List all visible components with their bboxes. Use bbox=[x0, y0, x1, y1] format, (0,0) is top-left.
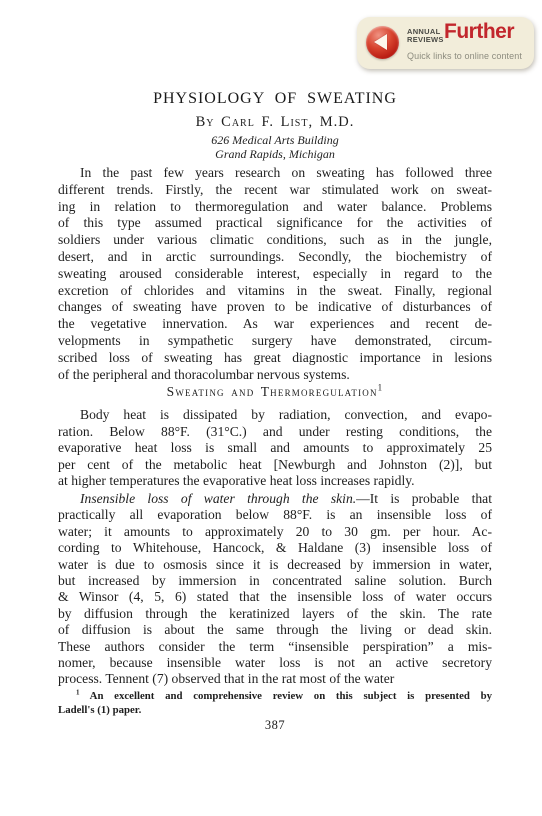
author-byline: By Carl F. List, M.D. bbox=[58, 114, 492, 131]
text-line: desert, and in arctic surroundings. Seco… bbox=[58, 249, 492, 266]
text-segment: —It is probable that bbox=[356, 491, 492, 506]
left-triangle-icon bbox=[374, 34, 387, 50]
insensible-loss-paragraph: Insensible loss of water through the ski… bbox=[58, 491, 492, 688]
text-line: ing in relation to thermoregulation and … bbox=[58, 199, 492, 216]
text-line: by diffusion through the keratinized lay… bbox=[58, 606, 492, 622]
text-line: These authors consider the term “insensi… bbox=[58, 639, 492, 655]
text-segment: An excellent and comprehensive review on… bbox=[80, 690, 492, 702]
text-line: Ladell's (1) paper. bbox=[58, 703, 492, 717]
section-heading-text: Sweating and Thermoregulation bbox=[167, 384, 378, 399]
text-line: Insensible loss of water through the ski… bbox=[58, 491, 492, 507]
text-line: cording to Whitehouse, Hancock, & Haldan… bbox=[58, 540, 492, 556]
text-line: process. Tennent (7) observed that in th… bbox=[58, 671, 492, 687]
text-line: velopments in sympathetic surgery have d… bbox=[58, 333, 492, 350]
text-line: Body heat is dissipated by radiation, co… bbox=[58, 407, 492, 424]
text-line: soldiers under various climatic conditio… bbox=[58, 232, 492, 249]
text-line: 1 An excellent and comprehensive review … bbox=[58, 689, 492, 703]
author-affiliation: 626 Medical Arts Building Grand Rapids, … bbox=[58, 134, 492, 161]
footnote-marker: 1 bbox=[378, 383, 384, 393]
text-line: different trends. Firstly, the recent wa… bbox=[58, 182, 492, 199]
italic-lead-in: Insensible loss of water through the ski… bbox=[80, 491, 356, 506]
scanned-paper-page: ANNUAL REVIEWS Further Quick links to on… bbox=[0, 0, 542, 816]
section-heading: Sweating and Thermoregulation1 bbox=[58, 384, 492, 400]
page-number: 387 bbox=[58, 718, 492, 733]
text-line: of this type assumed practical significa… bbox=[58, 215, 492, 232]
text-line: & Winsor (4, 5, 6) stated that the insen… bbox=[58, 589, 492, 605]
text-line: at higher temperatures the evaporative h… bbox=[58, 473, 492, 490]
body-heat-paragraph: Body heat is dissipated by radiation, co… bbox=[58, 407, 492, 490]
text-line: excretion of chlorides and vitamins in t… bbox=[58, 283, 492, 300]
affiliation-line-1: 626 Medical Arts Building bbox=[58, 134, 492, 148]
text-line: per cent of the metabolic heat [Newburgh… bbox=[58, 457, 492, 474]
text-line: ration. Below 88°F. (31°C.) and under re… bbox=[58, 424, 492, 441]
text-line: scribed loss of sweating has great diagn… bbox=[58, 350, 492, 367]
text-line: the vegetative innervation. As war exper… bbox=[58, 316, 492, 333]
annual-reviews-brand: ANNUAL REVIEWS bbox=[407, 28, 444, 44]
intro-paragraph: In the past few years research on sweati… bbox=[58, 165, 492, 383]
further-logo-text: Further bbox=[444, 20, 514, 44]
text-line: water; it amounts to approximately 20 to… bbox=[58, 524, 492, 540]
text-line: nomer, because insensible water loss is … bbox=[58, 655, 492, 671]
text-line: of diffusion is about the same through t… bbox=[58, 622, 492, 638]
badge-tagline: Quick links to online content bbox=[407, 51, 522, 61]
back-arrow-circle-icon bbox=[366, 26, 399, 59]
affiliation-line-2: Grand Rapids, Michigan bbox=[58, 148, 492, 162]
article-title: PHYSIOLOGY OF SWEATING bbox=[58, 90, 492, 108]
text-line: sweating aroused considerable interest, … bbox=[58, 266, 492, 283]
text-line: but increased by immersion in concentrat… bbox=[58, 573, 492, 589]
text-line: water is due to osmosis since it is decr… bbox=[58, 557, 492, 573]
text-line: evaporative heat loss is small and amoun… bbox=[58, 440, 492, 457]
footnote: 1 An excellent and comprehensive review … bbox=[58, 689, 492, 717]
text-line: changes of sweating have proven to be in… bbox=[58, 299, 492, 316]
annual-reviews-further-badge[interactable]: ANNUAL REVIEWS Further Quick links to on… bbox=[357, 17, 534, 69]
text-line: of the peripheral and thoracolumbar nerv… bbox=[58, 367, 492, 384]
text-line: practically all evaporation below 88°F. … bbox=[58, 507, 492, 523]
text-line: In the past few years research on sweati… bbox=[58, 165, 492, 182]
brand-line-reviews: REVIEWS bbox=[407, 36, 444, 44]
